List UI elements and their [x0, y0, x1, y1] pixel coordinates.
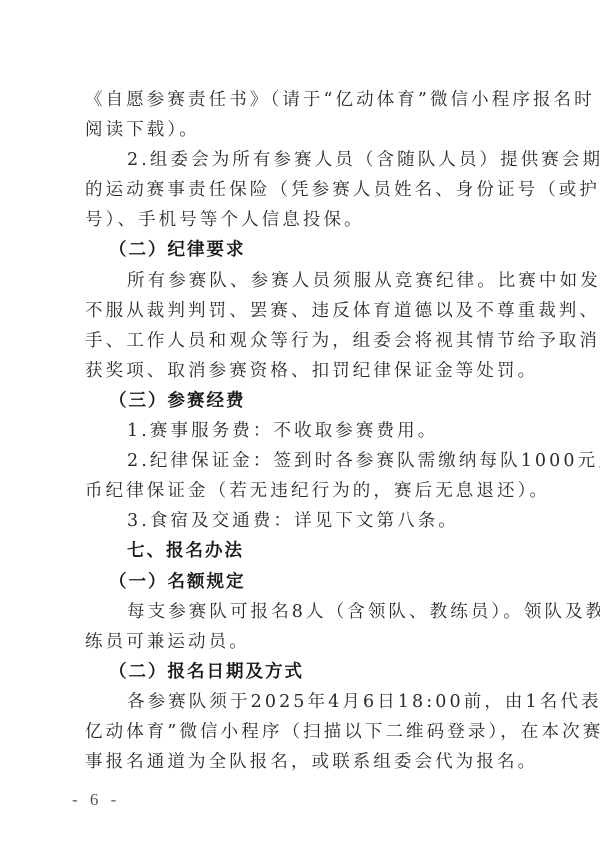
- paragraph-line: 每支参赛队可报名8人（含领队、教练员）。领队及教: [85, 597, 505, 627]
- paragraph-line: 所有参赛队、参赛人员须服从竞赛纪律。比赛中如发生: [85, 266, 505, 296]
- page-number: - 6 -: [72, 790, 120, 810]
- paragraph-line: 不服从裁判判罚、罢赛、违反体育道德以及不尊重裁判、对: [85, 296, 505, 326]
- paragraph-line: 获奖项、取消参赛资格、扣罚纪律保证金等处罚。: [85, 356, 505, 386]
- paragraph-line: 2.纪律保证金：签到时各参赛队需缴纳每队1000元人民: [85, 446, 505, 476]
- paragraph-line: 亿动体育”微信小程序（扫描以下二维码登录），在本次赛: [85, 717, 505, 747]
- section-heading-fees: （三）参赛经费: [85, 386, 505, 416]
- paragraph-line: 手、工作人员和观众等行为，组委会将视其情节给予取消已: [85, 326, 505, 356]
- section-heading-discipline: （二）纪律要求: [85, 235, 505, 265]
- paragraph-line: 号）、手机号等个人信息投保。: [85, 205, 505, 235]
- paragraph-line: 事报名通道为全队报名，或联系组委会代为报名。: [85, 747, 505, 777]
- paragraph-line: 2.组委会为所有参赛人员（含随队人员）提供赛会期间: [85, 145, 505, 175]
- document-page: 《自愿参赛责任书》（请于“亿动体育”微信小程序报名时 阅读下载）。 2.组委会为…: [85, 85, 505, 777]
- paragraph-line: 币纪律保证金（若无违纪行为的，赛后无息退还）。: [85, 476, 505, 506]
- paragraph-line: 各参赛队须于2025年4月6日18:00前，由1名代表登录“: [85, 687, 505, 717]
- paragraph-line: 1.赛事服务费：不收取参赛费用。: [85, 416, 505, 446]
- paragraph-line: 练员可兼运动员。: [85, 627, 505, 657]
- section-heading-quota: （一）名额规定: [85, 567, 505, 597]
- paragraph-line: 的运动赛事责任保险（凭参赛人员姓名、身份证号（或护照: [85, 175, 505, 205]
- paragraph-line: 3.食宿及交通费：详见下文第八条。: [85, 506, 505, 536]
- section-heading-registration-date: （二）报名日期及方式: [85, 657, 505, 687]
- paragraph-line: 阅读下载）。: [85, 115, 505, 145]
- section-heading-registration: 七、报名办法: [85, 536, 505, 566]
- paragraph-line: 《自愿参赛责任书》（请于“亿动体育”微信小程序报名时: [85, 85, 505, 115]
